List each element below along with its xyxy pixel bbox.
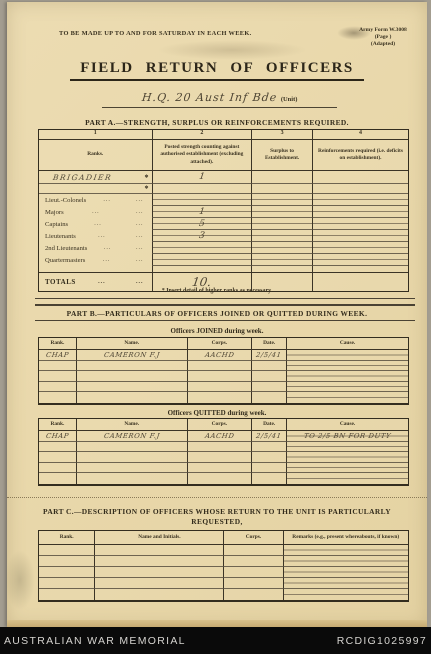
reinforcements-cell bbox=[312, 184, 408, 194]
column-header-rank: Rank. bbox=[39, 419, 76, 431]
page-title: FIELD RETURN OF OFFICERS bbox=[70, 60, 364, 81]
surplus-cell bbox=[251, 194, 312, 206]
army-form-reference: Army Form W.3008 (Page ) (Adapted) bbox=[351, 27, 415, 48]
rank-cell bbox=[39, 442, 76, 453]
reinforcements-cell bbox=[312, 230, 408, 242]
part-c-heading-line1: PART C.—DESCRIPTION OF OFFICERS WHOSE RE… bbox=[43, 507, 391, 516]
rank-cell: Majors...... bbox=[39, 206, 152, 218]
rank-cell bbox=[39, 463, 76, 474]
part-a-table: 1 2 3 4 Ranks. Posted strength counting … bbox=[38, 129, 409, 292]
table-row-lieut-colonels: Lieut.-Colonels...... bbox=[39, 194, 408, 206]
header-row: Rank. Name and Initials. Corps. Remarks … bbox=[39, 531, 408, 545]
col-number: 3 bbox=[251, 130, 312, 140]
rank-label: Majors bbox=[45, 209, 64, 216]
remarks-cell bbox=[283, 567, 408, 578]
archive-source-label: AUSTRALIAN WAR MEMORIAL bbox=[4, 635, 186, 647]
name-cell bbox=[94, 589, 223, 600]
cause-cell bbox=[286, 371, 408, 382]
surplus-cell bbox=[251, 254, 312, 266]
handwritten-corps: AAChD bbox=[204, 432, 235, 440]
divider-line bbox=[35, 298, 415, 299]
posted-strength-cell bbox=[152, 254, 252, 266]
dot-leader: ... bbox=[94, 221, 110, 227]
rank-cell bbox=[39, 545, 94, 556]
table-row-blank bbox=[39, 463, 408, 474]
cause-cell bbox=[286, 463, 408, 474]
corps-cell bbox=[187, 442, 252, 453]
dot-leader: ... bbox=[92, 209, 108, 215]
surplus-cell bbox=[251, 206, 312, 218]
column-header-rank: Rank. bbox=[39, 338, 76, 350]
form-instruction-note: TO BE MADE UP TO AND FOR SATURDAY IN EAC… bbox=[59, 30, 252, 37]
name-cell bbox=[76, 392, 187, 403]
rank-label-wrap: Lieut.-Colonels...... bbox=[39, 197, 152, 204]
handwritten-rank: Chap bbox=[45, 432, 69, 440]
dot-leader: ... bbox=[136, 245, 152, 251]
column-header-rank: Rank. bbox=[39, 531, 94, 545]
cause-cell bbox=[286, 442, 408, 453]
posted-strength-cell: 1 bbox=[152, 206, 252, 218]
name-cell bbox=[94, 556, 223, 567]
posted-strength-cell: 1 bbox=[152, 171, 252, 184]
scanned-form-page: TO BE MADE UP TO AND FOR SATURDAY IN EAC… bbox=[7, 2, 427, 627]
col-number: 4 bbox=[312, 130, 408, 140]
header-row: Ranks. Posted strength counting against … bbox=[39, 140, 408, 171]
name-cell bbox=[76, 463, 187, 474]
name-cell bbox=[94, 567, 223, 578]
dot-leader: ... bbox=[103, 197, 119, 203]
handwritten-value: 1 bbox=[198, 172, 205, 182]
edge-smudge bbox=[5, 550, 35, 610]
surplus-cell bbox=[251, 184, 312, 194]
posted-strength-cell: 5 bbox=[152, 218, 252, 230]
rank-cell: Chap bbox=[39, 350, 76, 361]
rank-cell bbox=[39, 589, 94, 600]
rank-cell bbox=[39, 392, 76, 403]
corps-cell bbox=[187, 392, 252, 403]
column-header-cause: Cause. bbox=[286, 419, 408, 431]
name-cell bbox=[76, 473, 187, 484]
rank-label: Quartermasters bbox=[45, 257, 85, 264]
header-row: Rank. Name. Corps. Date. Cause. bbox=[39, 419, 408, 431]
corps-cell bbox=[187, 382, 252, 393]
table-row-2nd-lieutenants: 2nd Lieutenants...... bbox=[39, 242, 408, 254]
name-cell bbox=[76, 382, 187, 393]
handwritten-corps: AAChD bbox=[204, 351, 235, 359]
rank-cell: * bbox=[39, 184, 152, 194]
rank-label: 2nd Lieutenants bbox=[45, 245, 87, 252]
officers-quitted-subheading: Officers QUITTED during week. bbox=[7, 409, 427, 417]
name-cell: Cameron F.J bbox=[76, 431, 187, 442]
table-row-quartermasters: Quartermasters...... bbox=[39, 254, 408, 266]
posted-strength-cell bbox=[152, 242, 252, 254]
column-header-corps: Corps. bbox=[223, 531, 282, 545]
column-header-date: Date. bbox=[251, 419, 286, 431]
col-number: 1 bbox=[39, 130, 152, 140]
column-header-date: Date. bbox=[251, 338, 286, 350]
table-row-entry: Chap Cameron F.J AAChD 2/5/41 bbox=[39, 350, 408, 361]
table-row-blank bbox=[39, 442, 408, 453]
reinforcements-cell bbox=[312, 194, 408, 206]
part-c-table: Rank. Name and Initials. Corps. Remarks … bbox=[38, 530, 409, 602]
table-row-blank bbox=[39, 392, 408, 403]
dot-leader: ... bbox=[136, 233, 152, 239]
corps-cell: AAChD bbox=[187, 350, 252, 361]
handwritten-rank: Chap bbox=[45, 351, 69, 359]
rank-cell bbox=[39, 452, 76, 463]
form-ref-page: (Page ) bbox=[375, 34, 392, 40]
rank-label-wrap: Lieutenants...... bbox=[39, 233, 152, 240]
dot-leader: ... bbox=[104, 245, 120, 251]
table-row-blank bbox=[39, 589, 408, 600]
dot-leader: ... bbox=[98, 233, 114, 239]
reinforcements-cell bbox=[312, 171, 408, 184]
rank-cell: Captains...... bbox=[39, 218, 152, 230]
posted-strength-cell: 3 bbox=[152, 230, 252, 242]
rank-cell: 2nd Lieutenants...... bbox=[39, 242, 152, 254]
remarks-cell bbox=[283, 578, 408, 589]
name-cell bbox=[76, 452, 187, 463]
date-cell bbox=[251, 473, 286, 484]
date-cell: 2/5/41 bbox=[251, 350, 286, 361]
corps-cell bbox=[223, 556, 282, 567]
unit-handwritten-value: H.Q. 20 Aust Inf Bde bbox=[141, 91, 278, 104]
column-header-name-initials: Name and Initials. bbox=[94, 531, 223, 545]
cause-cell bbox=[286, 350, 408, 361]
officers-joined-subheading: Officers JOINED during week. bbox=[7, 327, 427, 335]
part-a-footnote: * Insert detail of higher ranks as neces… bbox=[7, 288, 427, 294]
name-cell bbox=[76, 361, 187, 372]
form-ref-number: Army Form W.3008 bbox=[359, 27, 407, 33]
column-header-reinforcements: Reinforcements required (i.e. deficits o… bbox=[312, 140, 408, 171]
perforation-line bbox=[7, 497, 427, 498]
rank-label: Captains bbox=[45, 221, 68, 228]
corps-cell bbox=[187, 473, 252, 484]
name-cell: Cameron F.J bbox=[76, 350, 187, 361]
table-row-lieutenants: Lieutenants...... 3 bbox=[39, 230, 408, 242]
date-cell bbox=[251, 463, 286, 474]
cause-cell bbox=[286, 392, 408, 403]
officers-quitted-table: Rank. Name. Corps. Date. Cause. Chap Cam… bbox=[38, 418, 409, 486]
posted-strength-cell bbox=[152, 194, 252, 206]
rank-cell: Quartermasters...... bbox=[39, 254, 152, 266]
totals-label: TOTALS bbox=[45, 278, 76, 286]
column-header-surplus: Surplus to Establishment. bbox=[251, 140, 312, 171]
archive-record-id: RCDIG1025997 bbox=[337, 635, 427, 647]
table-row-blank bbox=[39, 567, 408, 578]
rank-label-wrap: Captains...... bbox=[39, 221, 152, 228]
dot-leader: ... bbox=[136, 279, 152, 285]
reinforcements-cell bbox=[312, 218, 408, 230]
column-header-corps: Corps. bbox=[187, 338, 252, 350]
under-sheet-edge bbox=[7, 620, 427, 627]
cause-cell bbox=[286, 361, 408, 372]
handwritten-total: 10. bbox=[191, 275, 212, 289]
divider-line-heavy bbox=[35, 304, 415, 306]
rank-cell bbox=[39, 567, 94, 578]
corps-cell bbox=[187, 361, 252, 372]
date-cell bbox=[251, 371, 286, 382]
corps-cell bbox=[187, 371, 252, 382]
handwritten-name: Cameron F.J bbox=[103, 432, 160, 440]
officers-joined-table: Rank. Name. Corps. Date. Cause. Chap Cam… bbox=[38, 337, 409, 405]
rank-cell bbox=[39, 556, 94, 567]
table-row-majors: Majors...... 1 bbox=[39, 206, 408, 218]
col-number: 2 bbox=[152, 130, 252, 140]
table-row-blank bbox=[39, 371, 408, 382]
handwritten-date: 2/5/41 bbox=[256, 351, 283, 359]
pencil-smudge bbox=[157, 40, 307, 60]
corps-cell bbox=[223, 578, 282, 589]
table-row-blank bbox=[39, 473, 408, 484]
reinforcements-cell bbox=[312, 254, 408, 266]
corps-cell bbox=[187, 463, 252, 474]
cause-cell bbox=[286, 452, 408, 463]
table-row-blank bbox=[39, 578, 408, 589]
handwritten-value: 1 bbox=[198, 207, 205, 217]
corps-cell bbox=[223, 589, 282, 600]
corps-cell bbox=[223, 567, 282, 578]
column-header-name: Name. bbox=[76, 419, 187, 431]
table-row-brigadier: BRIGADIER * 1 bbox=[39, 171, 408, 184]
handwritten-value: 3 bbox=[198, 231, 205, 241]
corps-cell bbox=[223, 545, 282, 556]
rank-cell: Lieut.-Colonels...... bbox=[39, 194, 152, 206]
part-c-heading: PART C.—DESCRIPTION OF OFFICERS WHOSE RE… bbox=[7, 507, 427, 527]
unit-line: H.Q. 20 Aust Inf Bde (Unit) bbox=[102, 88, 337, 108]
column-header-ranks: Ranks. bbox=[39, 140, 152, 171]
divider-line bbox=[35, 320, 415, 321]
handwritten-value: 5 bbox=[198, 219, 205, 229]
footnote-marker: * bbox=[145, 173, 152, 182]
date-cell bbox=[251, 452, 286, 463]
name-cell bbox=[76, 442, 187, 453]
corps-cell bbox=[187, 452, 252, 463]
table-row-blank bbox=[39, 452, 408, 463]
handwritten-date: 2/5/41 bbox=[256, 432, 283, 440]
rank-cell bbox=[39, 361, 76, 372]
dot-leader: ... bbox=[103, 257, 119, 263]
dot-leader: ... bbox=[98, 279, 114, 285]
cause-cell bbox=[286, 473, 408, 484]
name-cell bbox=[76, 371, 187, 382]
dot-leader: ... bbox=[136, 257, 152, 263]
surplus-cell bbox=[251, 171, 312, 184]
rank-label: Lieutenants bbox=[45, 233, 76, 240]
rank-cell bbox=[39, 371, 76, 382]
part-c-heading-line2: REQUESTED, bbox=[191, 517, 242, 526]
name-cell bbox=[94, 578, 223, 589]
column-header-remarks: Remarks (e.g., present whereabouts, if k… bbox=[283, 531, 408, 545]
column-header-cause: Cause. bbox=[286, 338, 408, 350]
footnote-marker: * bbox=[145, 184, 152, 193]
remarks-cell bbox=[283, 545, 408, 556]
rank-cell: Lieutenants...... bbox=[39, 230, 152, 242]
rank-label-wrap: Majors...... bbox=[39, 209, 152, 216]
dot-leader: ... bbox=[136, 209, 152, 215]
rank-cell bbox=[39, 473, 76, 484]
corps-cell: AAChD bbox=[187, 431, 252, 442]
name-cell bbox=[94, 545, 223, 556]
date-cell bbox=[251, 392, 286, 403]
table-row-blank bbox=[39, 545, 408, 556]
remarks-cell bbox=[283, 556, 408, 567]
column-header-name: Name. bbox=[76, 338, 187, 350]
form-ref-adapted: (Adapted) bbox=[371, 41, 395, 47]
rank-cell bbox=[39, 578, 94, 589]
handwritten-cause: To 2/5 Bn for duty bbox=[303, 432, 391, 440]
rank-label-wrap: Quartermasters...... bbox=[39, 257, 152, 264]
archive-footer-bar: AUSTRALIAN WAR MEMORIAL RCDIG1025997 bbox=[0, 627, 431, 654]
form-title-wrap: FIELD RETURN OF OFFICERS bbox=[7, 59, 427, 81]
remarks-cell bbox=[283, 589, 408, 600]
surplus-cell bbox=[251, 230, 312, 242]
column-number-row: 1 2 3 4 bbox=[39, 130, 408, 140]
cause-cell: To 2/5 Bn for duty bbox=[286, 431, 408, 442]
totals-label-wrap: TOTALS...... bbox=[39, 278, 152, 286]
unit-label: (Unit) bbox=[281, 96, 298, 103]
rank-cell: BRIGADIER * bbox=[39, 171, 152, 184]
reinforcements-cell bbox=[312, 206, 408, 218]
reinforcements-cell bbox=[312, 242, 408, 254]
date-cell bbox=[251, 361, 286, 372]
date-cell: 2/5/41 bbox=[251, 431, 286, 442]
cause-cell bbox=[286, 382, 408, 393]
dot-leader: ... bbox=[136, 221, 152, 227]
surplus-cell bbox=[251, 218, 312, 230]
rank-cell: Chap bbox=[39, 431, 76, 442]
table-row-entry: Chap Cameron F.J AAChD 2/5/41 To 2/5 Bn … bbox=[39, 431, 408, 442]
date-cell bbox=[251, 382, 286, 393]
header-row: Rank. Name. Corps. Date. Cause. bbox=[39, 338, 408, 350]
table-row-blank bbox=[39, 361, 408, 372]
posted-strength-cell bbox=[152, 184, 252, 194]
rank-label: Lieut.-Colonels bbox=[45, 197, 86, 204]
table-row-captains: Captains...... 5 bbox=[39, 218, 408, 230]
surplus-cell bbox=[251, 242, 312, 254]
rank-cell bbox=[39, 382, 76, 393]
table-row-blank bbox=[39, 382, 408, 393]
part-b-heading: PART B.—PARTICULARS OF OFFICERS JOINED O… bbox=[7, 309, 427, 318]
dot-leader: ... bbox=[136, 197, 152, 203]
column-header-corps: Corps. bbox=[187, 419, 252, 431]
rank-label-wrap: 2nd Lieutenants...... bbox=[39, 245, 152, 252]
date-cell bbox=[251, 442, 286, 453]
handwritten-name: Cameron F.J bbox=[103, 351, 160, 359]
table-row-blank bbox=[39, 556, 408, 567]
column-header-posted-strength: Posted strength counting against authori… bbox=[152, 140, 252, 171]
part-a-heading: PART A.—STRENGTH, SURPLUS OR REINFORCEME… bbox=[7, 118, 427, 127]
table-row-blank-star: * bbox=[39, 184, 408, 194]
handwritten-rank: BRIGADIER bbox=[38, 173, 112, 182]
